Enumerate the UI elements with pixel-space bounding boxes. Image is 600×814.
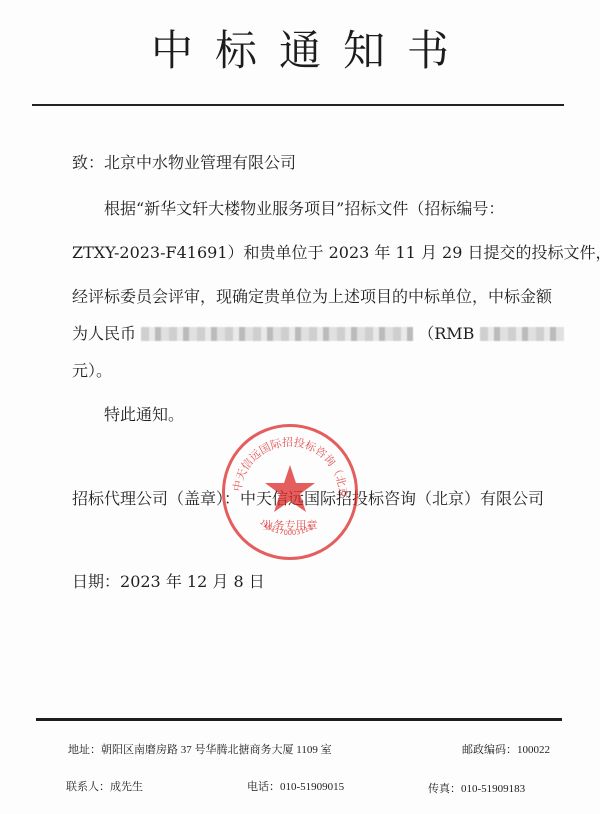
agent-label: 招标代理公司（盖章）： [72,489,240,508]
body-line-1: 根据“新华文轩大楼物业服务项目”招标文件（招标编号： [104,196,504,219]
footer-fax: 传真：010-51909183 [428,780,525,796]
footer-phone: 电话：010-51909015 [247,778,344,794]
addressee-line: 致：北京中水物业管理有限公司 [72,150,296,173]
amount-prefix: 为人民币 [72,324,136,343]
date-value: 2023 年 12 月 8 日 [120,572,265,591]
body-line-2: ZTXY-2023-F41691）和贵单位于 2023 年 11 月 29 日提… [72,240,600,263]
agent-line: 招标代理公司（盖章）：中天信远国际招投标咨询（北京）有限公司 [72,486,544,509]
agent-name: 中天信远国际招投标咨询（北京）有限公司 [240,489,544,508]
addressee-name: 北京中水物业管理有限公司 [104,153,296,172]
redacted-amount-cny [141,327,413,341]
header-divider [32,104,564,106]
redacted-amount-rmb [480,327,564,341]
body-line-3: 经评标委员会评审，现确定贵单位为上述项目的中标单位，中标金额 [72,284,552,307]
footer-contact: 联系人：成先生 [66,778,143,794]
footer-divider [36,718,562,721]
date-line: 日期：2023 年 12 月 8 日 [72,569,265,592]
svg-text:1101170003112: 1101170003112 [258,518,314,537]
closing-text: 特此通知。 [104,402,184,425]
footer-postcode: 邮政编码：100022 [462,741,550,757]
footer-address: 地址：朝阳区南磨房路 37 号华腾北搪商务大厦 1109 室 [68,741,332,757]
date-label: 日期： [72,572,120,591]
body-line-5: 元）。 [72,358,112,381]
document-title: 中标通知书 [0,18,600,78]
body-line-4: 为人民币 （RMB [72,321,564,344]
amount-rmb-label: （RMB [418,324,474,343]
svg-text:业务专用章: 业务专用章 [263,518,318,532]
addressee-label: 致： [72,153,104,172]
